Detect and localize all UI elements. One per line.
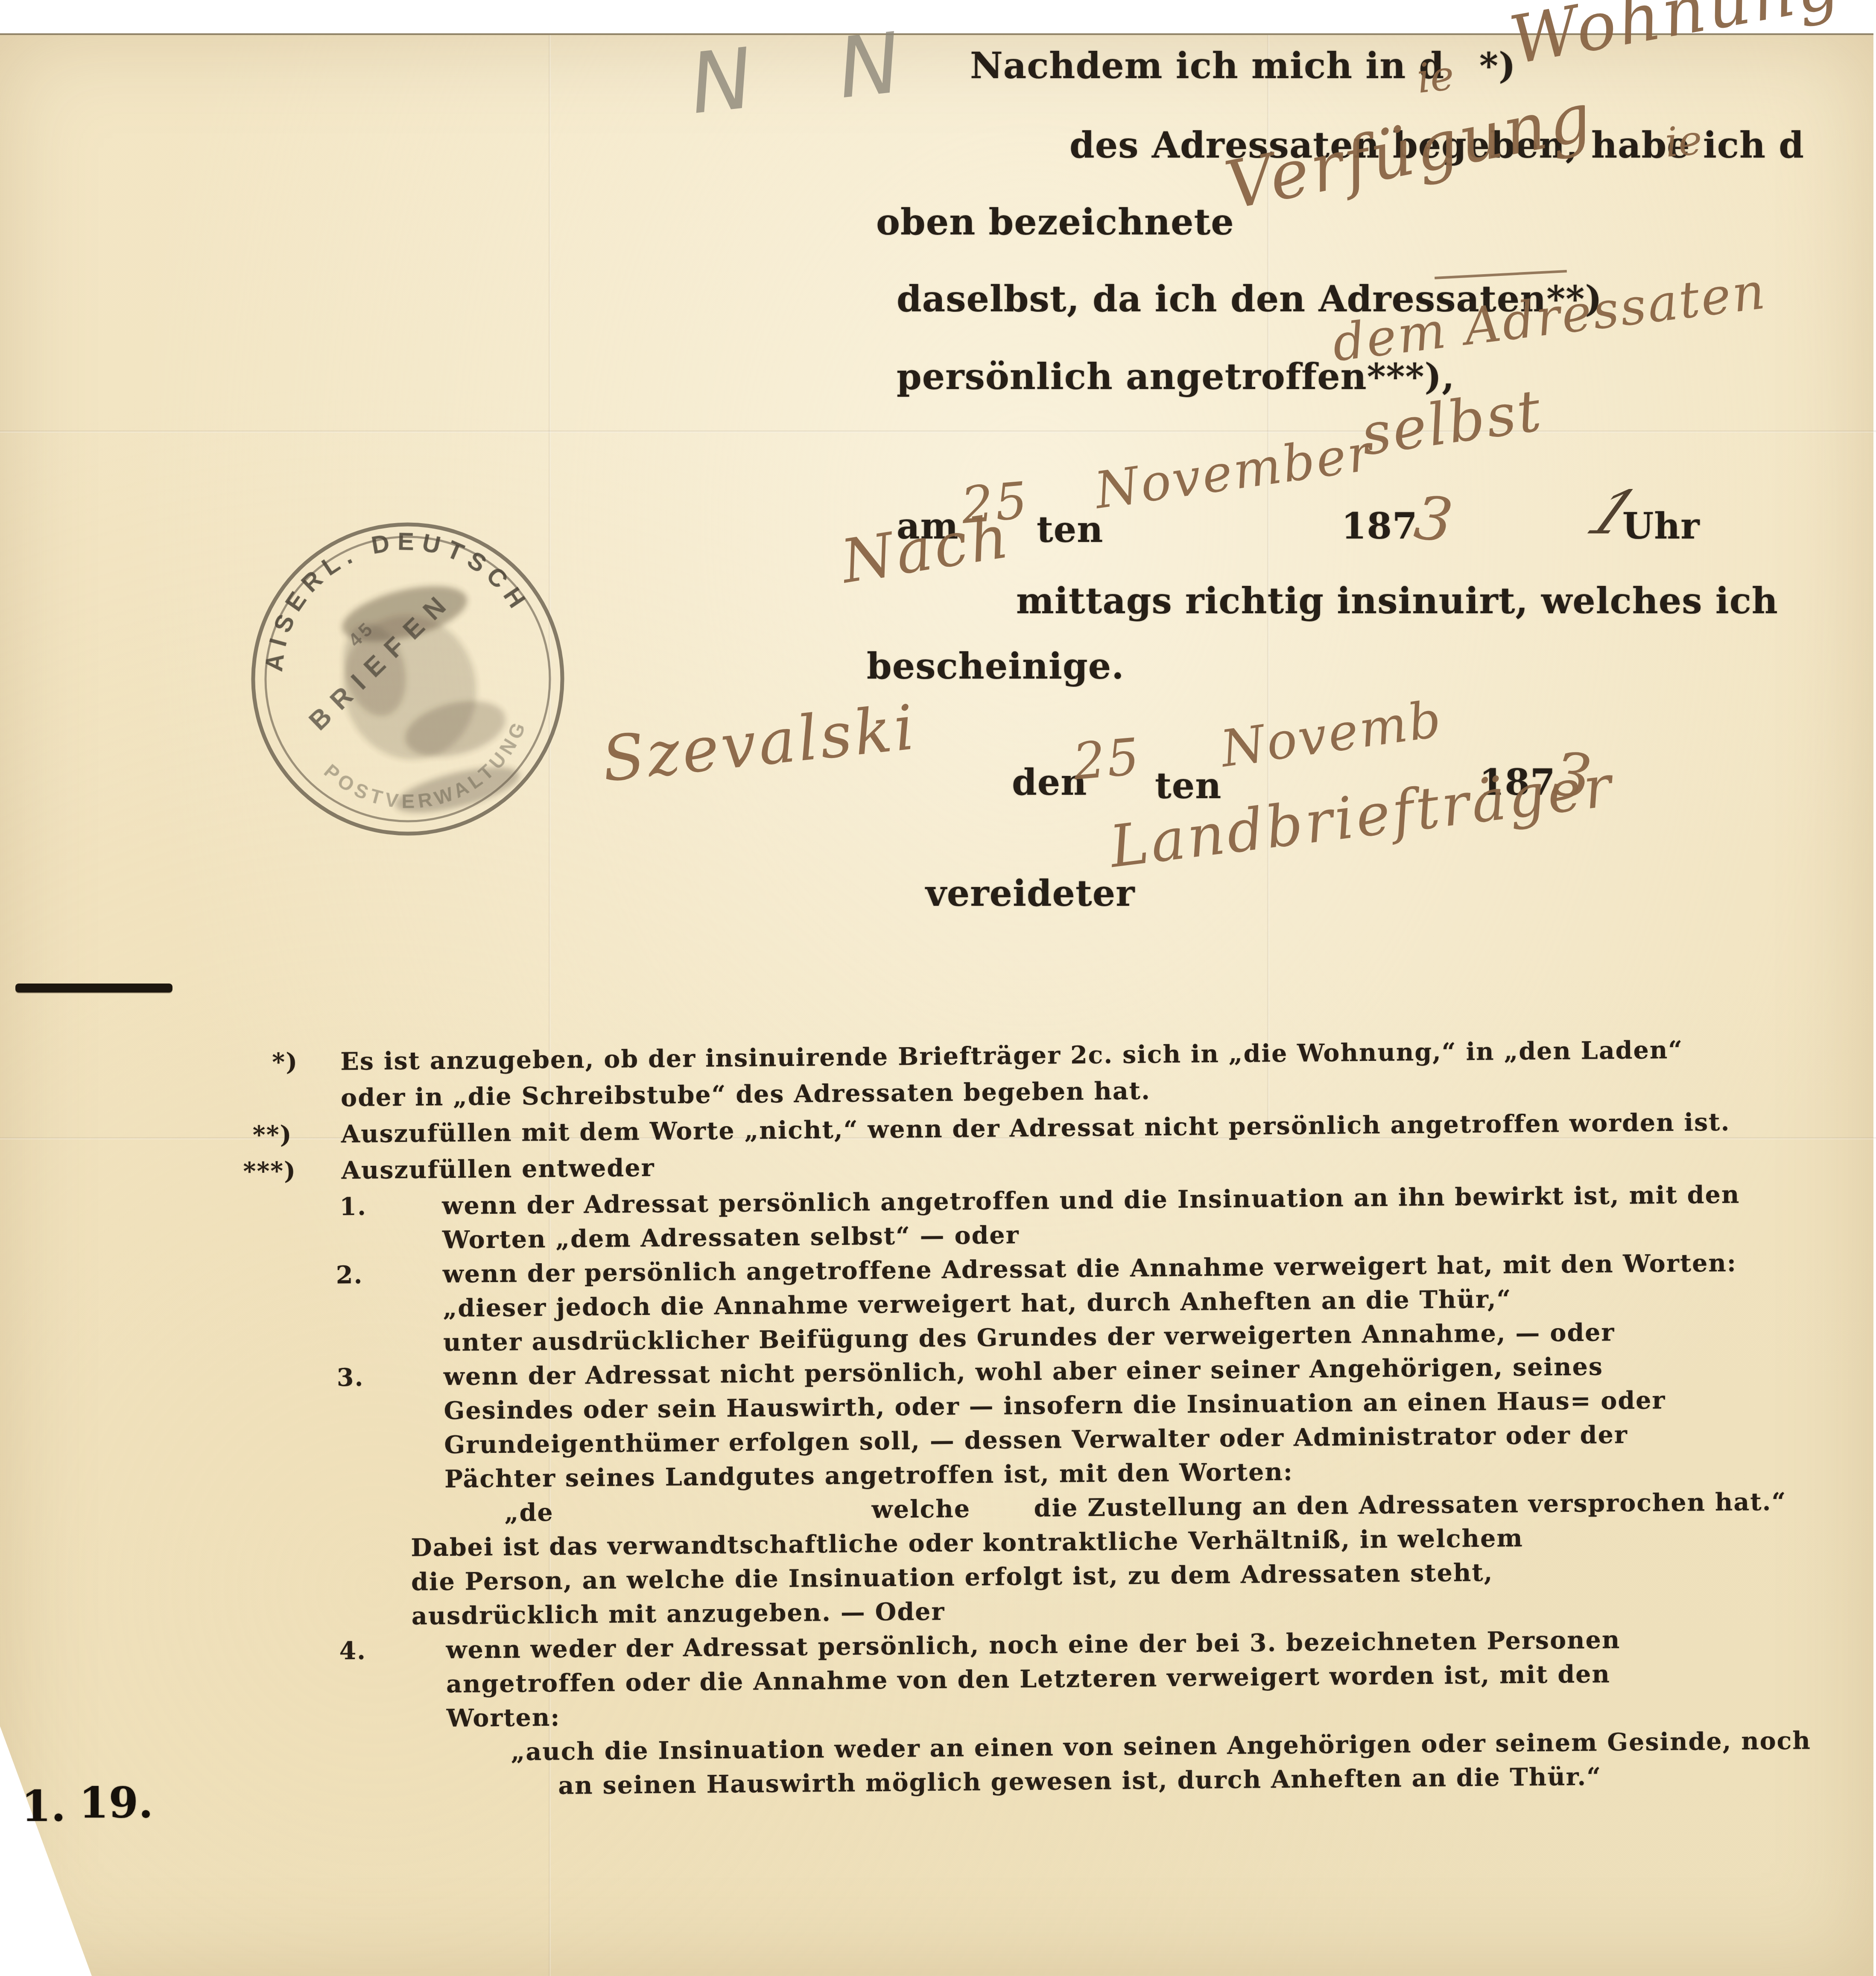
divider-rule	[15, 984, 172, 992]
footnote-3-line: Auszufüllen entweder	[341, 1156, 655, 1183]
item-3-line-4: Pächter seines Landgutes angetroffen ist…	[444, 1460, 1293, 1491]
print-line-oben-bezeichnete: oben bezeichnete	[876, 204, 1234, 240]
handwriting-year-digit-1: 3	[1411, 483, 1458, 556]
footnote-marker-1: *)	[272, 1050, 298, 1074]
handwriting-fill-line1: ie	[1415, 52, 1457, 102]
handwriting-day-2: 25	[1071, 727, 1143, 791]
footnote-1-line-2: oder in „die Schreibstube“ des Adressate…	[341, 1079, 1151, 1110]
footnote-marker-3: ***)	[243, 1159, 296, 1183]
print-ten-2: ten	[1155, 768, 1221, 804]
postal-stamp: KAISERL. DEUTSCHE POSTVERWALTUNG BRIEFEN…	[237, 508, 579, 850]
scanned-document-page: N N Nachdem ich mich in d ie *) Wohnung …	[0, 0, 1876, 1976]
handwriting-fill-line2: ie	[1663, 117, 1704, 167]
footnotes-block: *) Es ist anzugeben, ob der insinuirende…	[0, 1036, 1876, 1821]
item-4-number: 4.	[339, 1639, 366, 1663]
item-3-number: 3.	[337, 1365, 364, 1390]
print-vereideter: vereideter	[926, 875, 1135, 911]
item-2-number: 2.	[336, 1263, 363, 1288]
print-line-nachdem: Nachdem ich mich in d	[970, 48, 1444, 84]
item-3-quote-welche: welche	[871, 1496, 970, 1522]
item-4-line-3: Worten:	[447, 1705, 561, 1730]
print-year-187-1: 187	[1341, 508, 1417, 544]
form-number-partial: 1.	[21, 1781, 66, 1831]
item-3-quote-rest: die Zustellung an den Adressaten verspro…	[1034, 1490, 1786, 1520]
item-1-line-2: Worten „dem Adressaten selbst“ — oder	[442, 1223, 1020, 1252]
item-1-number: 1.	[339, 1194, 367, 1219]
item-3-quote-open: „de	[504, 1500, 553, 1525]
print-uhr: Uhr	[1622, 508, 1700, 544]
item-3-after-line-3: ausdrücklich mit anzugeben. — Oder	[412, 1599, 945, 1628]
footnote-marker-2: **)	[253, 1122, 292, 1147]
form-number: 19.	[79, 1777, 153, 1828]
print-mittags-line: mittags richtig insinuirt, welches ich	[1016, 583, 1778, 619]
print-ten-1: ten	[1037, 512, 1103, 547]
print-bescheinige: bescheinige.	[867, 648, 1124, 684]
print-footnote-mark-line1: *)	[1479, 48, 1516, 84]
